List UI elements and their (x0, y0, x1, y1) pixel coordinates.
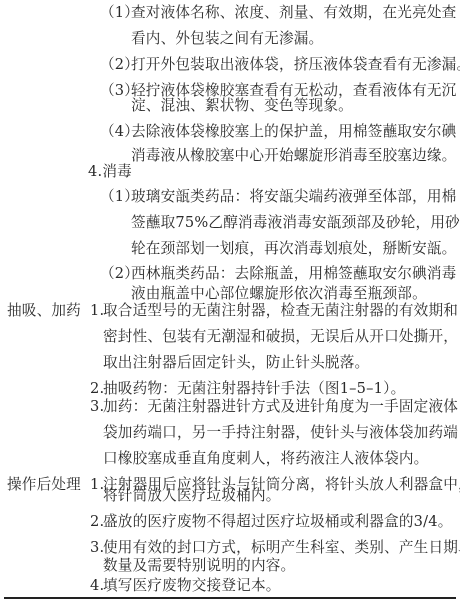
item-text: 口橡胶塞成垂直角度刺人，将药液注人液体袋内。 (103, 449, 428, 469)
row-label: 抽吸、加药 (7, 301, 81, 321)
item-text: 查对液体名称、浓度、剂量、有效期，在光亮处查 (131, 3, 456, 23)
table-bottom-rule (4, 597, 456, 599)
item-text: 淀、混浊、絮状物、变色等现象。 (131, 96, 353, 116)
item-text: 填写医疗废物交接登记本。 (103, 576, 281, 596)
item-text: 看内、外包装之间有无渗漏。 (131, 29, 323, 49)
item-text: 打开外包装取出液体袋，挤压液体袋查看有无渗漏。 (131, 55, 460, 75)
item-text: 玻璃安瓿类药品：将安瓿尖端药液弹至体部，用棉 (131, 187, 456, 207)
item-text: 取合适型号的无菌注射器，检查无菌注射器的有效期和 (103, 301, 458, 321)
document-page: （1） 查对液体名称、浓度、剂量、有效期，在光亮处查 看内、外包装之间有无渗漏。… (0, 0, 460, 602)
item-text: 密封性、包装有无潮湿和破损，无误后从开口处撕开， (103, 327, 458, 347)
item-text: 数量及需要特别说明的内容。 (103, 556, 295, 576)
item-text: 取出注射器后固定针头，防止针头脱落。 (103, 353, 369, 373)
item-text: 袋加药端口，另一手持注射器，使针头与液体袋加药端 (103, 423, 458, 443)
section-heading: 4.消毒 (88, 162, 132, 182)
item-text: 加药：无菌注射器进针方式及进针角度为一手固定液体 (103, 397, 458, 417)
item-text: 使用有效的封口方式，标明产生科室、类别、产生日期、 (103, 538, 460, 558)
item-text: 签蘸取75%乙醇消毒液消毒安瓿颈部及砂轮，用砂 (131, 213, 460, 233)
item-text: 抽吸药物：无菌注射器持针手法（图1–5–1）。 (103, 379, 405, 399)
item-text: 西林瓶类药品：去除瓶盖，用棉签蘸取安尔碘消毒 (131, 264, 456, 284)
item-text: 轮在颈部划一划痕，再次消毒划痕处，掰断安瓿。 (131, 239, 456, 259)
item-text: 盛放的医疗废物不得超过医疗垃圾桶或利器盒的3/4。 (103, 512, 453, 532)
row-label: 操作后处理 (7, 475, 81, 495)
item-text: 去除液体袋橡胶塞上的保护盖，用棉签蘸取安尔碘 (131, 122, 456, 142)
item-text: 将针筒放人医疗垃圾桶内。 (103, 486, 281, 506)
item-text: 消毒液从橡胶塞中心开始螺旋形消毒至胶塞边缘。 (131, 146, 456, 166)
